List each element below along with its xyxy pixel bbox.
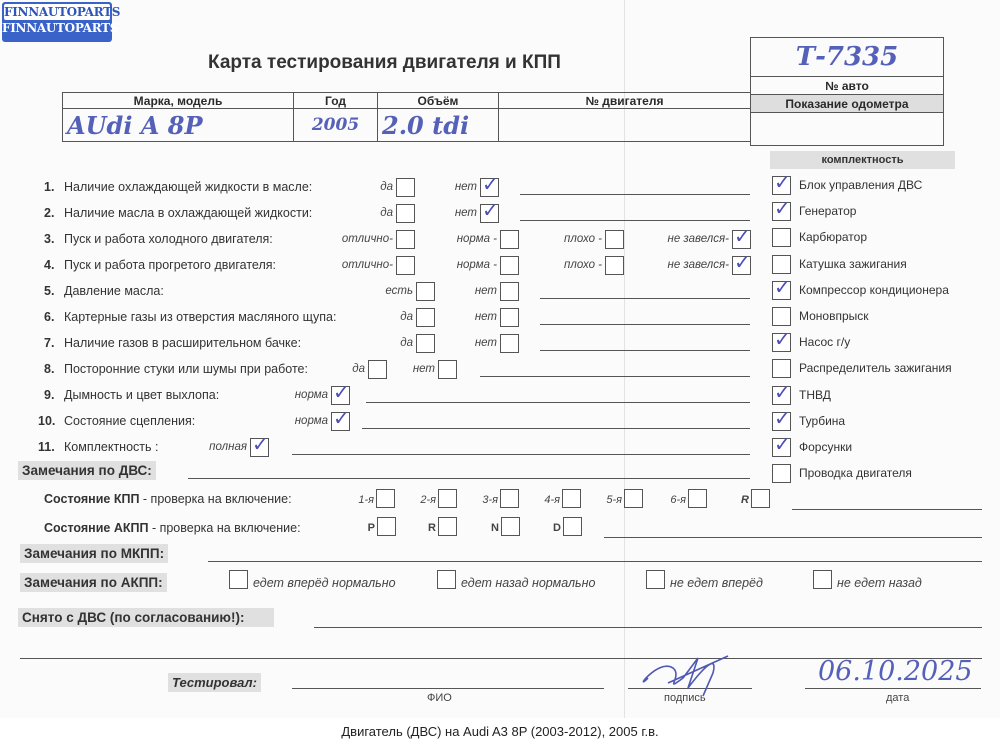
- check-option-label: норма: [221, 389, 328, 401]
- akpp-remark-checkbox[interactable]: [437, 570, 456, 589]
- gear-checkbox[interactable]: [376, 489, 395, 508]
- check-number: 10.: [38, 414, 55, 428]
- akpp-remark-label: не едет вперёд: [670, 576, 763, 590]
- gear-label: 3-я: [458, 494, 498, 506]
- completeness-item-label: Проводка двигателя: [799, 466, 912, 480]
- check-option-box[interactable]: ✓: [250, 438, 269, 457]
- fio-line[interactable]: [292, 688, 604, 689]
- check-label: Давление масла:: [64, 284, 164, 298]
- car-number-label: № авто: [751, 77, 944, 95]
- completeness-checkbox[interactable]: ✓: [772, 333, 791, 352]
- gear-label: 6-я: [646, 494, 686, 506]
- mode-checkbox[interactable]: [438, 517, 457, 536]
- check-label: Наличие газов в расширительном бачке:: [64, 336, 301, 350]
- gear-checkbox[interactable]: [688, 489, 707, 508]
- check-number: 3.: [44, 232, 54, 246]
- vehicle-info-table: Марка, модель Год Объём № двигателя AUdi…: [62, 92, 751, 142]
- check-option-box[interactable]: [500, 308, 519, 327]
- gear-checkbox[interactable]: [751, 489, 770, 508]
- page-title: Карта тестирования двигателя и КПП: [208, 52, 561, 74]
- removed-line[interactable]: [314, 627, 982, 628]
- check-label: Пуск и работа прогретого двигателя:: [64, 258, 276, 272]
- akpp-remark-checkbox[interactable]: [646, 570, 665, 589]
- check-notes-line[interactable]: [540, 298, 750, 299]
- date-value: 06.10.2025: [818, 656, 973, 687]
- completeness-item-label: Катушка зажигания: [799, 257, 907, 271]
- check-number: 5.: [44, 284, 54, 298]
- check-option-label: нет: [370, 207, 477, 219]
- check-option-label: плохо -: [495, 259, 602, 271]
- check-mark-icon: ✓: [252, 433, 269, 455]
- gear-label: R: [709, 494, 749, 506]
- gear-checkbox[interactable]: [562, 489, 581, 508]
- completeness-item-label: Блок управления ДВС: [799, 178, 922, 192]
- akpp-remark-label: едет назад нормально: [461, 576, 595, 590]
- check-number: 8.: [44, 362, 54, 376]
- car-number-value: Т-7335: [751, 38, 944, 77]
- check-option-label: плохо -: [495, 233, 602, 245]
- year-value: 2005: [294, 109, 378, 142]
- remarks-akpp-label: Замечания по АКПП:: [20, 573, 167, 592]
- check-option-box[interactable]: [500, 334, 519, 353]
- completeness-item-label: Форсунки: [799, 440, 852, 454]
- gear-checkbox[interactable]: [624, 489, 643, 508]
- make-model-value: AUdi A 8P: [63, 109, 294, 142]
- check-option-label: полная: [140, 441, 247, 453]
- odometer-label: Показание одометра: [751, 95, 944, 113]
- check-option-box[interactable]: ✓: [331, 386, 350, 405]
- completeness-item-label: ТНВД: [799, 388, 831, 402]
- remarks-engine-label: Замечания по ДВС:: [18, 461, 156, 480]
- check-option-box[interactable]: ✓: [732, 230, 751, 249]
- volume-value: 2.0 tdi: [378, 109, 499, 142]
- check-option-box[interactable]: ✓: [480, 204, 499, 223]
- check-option-label: нет: [328, 363, 435, 375]
- check-option-label: нет: [390, 285, 497, 297]
- car-number-box: Т-7335 № авто Показание одометра: [750, 37, 944, 146]
- kpp-label-bold: Состояние КПП: [44, 492, 139, 506]
- check-label: Пуск и работа холодного двигателя:: [64, 232, 273, 246]
- check-mark-icon: ✓: [774, 407, 791, 429]
- akpp-remark-label: не едет назад: [837, 576, 922, 590]
- gear-label: 5-я: [582, 494, 622, 506]
- check-option-label: отлично-: [286, 259, 393, 271]
- check-option-box[interactable]: [500, 282, 519, 301]
- check-option-label: нет: [390, 311, 497, 323]
- check-option-label: нет: [370, 181, 477, 193]
- check-number: 11.: [38, 440, 55, 454]
- akpp-remark-checkbox[interactable]: [813, 570, 832, 589]
- check-label: Картерные газы из отверстия масляного щу…: [64, 310, 336, 324]
- mode-label: N: [459, 522, 499, 534]
- check-mark-icon: ✓: [734, 225, 751, 247]
- check-option-label: норма -: [390, 233, 497, 245]
- image-caption: Двигатель (ДВС) на Audi A3 8P (2003-2012…: [0, 724, 1000, 739]
- check-mark-icon: ✓: [333, 381, 350, 403]
- check-option-label: отлично-: [286, 233, 393, 245]
- check-mark-icon: ✓: [774, 381, 791, 403]
- logo-line-1: FINNAUTOPARTS: [4, 4, 110, 20]
- check-notes-line[interactable]: [520, 220, 750, 221]
- kpp-notes-line[interactable]: [792, 509, 982, 510]
- odometer-value: [751, 113, 944, 146]
- completeness-item-label: Моновпрыск: [799, 309, 869, 323]
- date-line[interactable]: [805, 688, 981, 689]
- check-mark-icon: ✓: [482, 173, 499, 195]
- fio-label: ФИО: [427, 692, 452, 704]
- check-option-box[interactable]: ✓: [480, 178, 499, 197]
- check-label: Наличие охлаждающей жидкости в масле:: [64, 180, 312, 194]
- mode-checkbox[interactable]: [563, 517, 582, 536]
- check-option-label: норма: [221, 415, 328, 427]
- check-label: Дымность и цвет выхлопа:: [64, 388, 219, 402]
- gear-label: 1-я: [334, 494, 374, 506]
- check-number: 2.: [44, 206, 54, 220]
- check-mark-icon: ✓: [774, 171, 791, 193]
- completeness-checkbox[interactable]: ✓: [772, 281, 791, 300]
- gear-checkbox[interactable]: [438, 489, 457, 508]
- check-option-label: нет: [390, 337, 497, 349]
- check-option-box[interactable]: ✓: [732, 256, 751, 275]
- logo: FINNAUTOPARTS FINNAUTOPARTS: [2, 2, 112, 42]
- check-mark-icon: ✓: [774, 197, 791, 219]
- completeness-item-label: Турбина: [799, 414, 845, 428]
- completeness-item-label: Распределитель зажигания: [799, 361, 952, 375]
- completeness-checkbox[interactable]: ✓: [772, 176, 791, 195]
- check-mark-icon: ✓: [482, 199, 499, 221]
- check-option-label: норма -: [390, 259, 497, 271]
- gear-checkbox[interactable]: [500, 489, 519, 508]
- completeness-checkbox[interactable]: [772, 255, 791, 274]
- mode-checkbox[interactable]: [501, 517, 520, 536]
- gear-label: 2-я: [396, 494, 436, 506]
- check-number: 6.: [44, 310, 54, 324]
- col-year: Год: [294, 93, 378, 109]
- check-notes-line[interactable]: [540, 324, 750, 325]
- akpp-label-rest: - проверка на включение:: [148, 521, 300, 535]
- completeness-checkbox[interactable]: ✓: [772, 438, 791, 457]
- completeness-item-label: Генератор: [799, 204, 856, 218]
- completeness-item-label: Карбюратор: [799, 230, 867, 244]
- check-number: 1.: [44, 180, 54, 194]
- kpp-label-rest: - проверка на включение:: [139, 492, 291, 506]
- completeness-checkbox[interactable]: ✓: [772, 412, 791, 431]
- akpp-label: Состояние АКПП - проверка на включение:: [44, 521, 301, 535]
- mode-checkbox[interactable]: [377, 517, 396, 536]
- check-number: 9.: [44, 388, 54, 402]
- check-number: 7.: [44, 336, 54, 350]
- completeness-checkbox[interactable]: ✓: [772, 386, 791, 405]
- col-volume: Объём: [378, 93, 499, 109]
- completeness-checkbox[interactable]: ✓: [772, 202, 791, 221]
- check-notes-line[interactable]: [366, 402, 750, 403]
- check-option-box[interactable]: ✓: [331, 412, 350, 431]
- check-mark-icon: ✓: [774, 328, 791, 350]
- check-option-label: не завелся-: [622, 259, 729, 271]
- kpp-label: Состояние КПП - проверка на включение:: [44, 492, 292, 506]
- check-mark-icon: ✓: [774, 433, 791, 455]
- completeness-checkbox[interactable]: [772, 307, 791, 326]
- remarks-mkpp-line[interactable]: [208, 561, 982, 562]
- check-notes-line[interactable]: [520, 194, 750, 195]
- mode-label: D: [521, 522, 561, 534]
- akpp-notes-line[interactable]: [604, 537, 982, 538]
- remarks-engine-line[interactable]: [188, 478, 750, 479]
- mode-label: P: [335, 522, 375, 534]
- check-mark-icon: ✓: [734, 251, 751, 273]
- completeness-checkbox[interactable]: [772, 464, 791, 483]
- engine-number-value: [499, 109, 751, 142]
- check-label: Наличие масла в охлаждающей жидкости:: [64, 206, 312, 220]
- completeness-checkbox[interactable]: [772, 359, 791, 378]
- gear-label: 4-я: [520, 494, 560, 506]
- mode-label: R: [396, 522, 436, 534]
- check-mark-icon: ✓: [333, 407, 350, 429]
- logo-line-2: FINNAUTOPARTS: [2, 20, 112, 36]
- tested-by-label: Тестировал:: [168, 673, 261, 692]
- remarks-mkpp-label: Замечания по МКПП:: [20, 544, 168, 563]
- col-engine-number: № двигателя: [499, 93, 751, 109]
- check-notes-line[interactable]: [480, 376, 750, 377]
- check-option-box[interactable]: [438, 360, 457, 379]
- akpp-label-bold: Состояние АКПП: [44, 521, 148, 535]
- check-notes-line[interactable]: [540, 350, 750, 351]
- check-notes-line[interactable]: [362, 428, 750, 429]
- check-number: 4.: [44, 258, 54, 272]
- check-mark-icon: ✓: [774, 276, 791, 298]
- removed-label: Снято с ДВС (по согласованию!):: [18, 608, 274, 627]
- completeness-title: комплектность: [770, 151, 955, 169]
- signature-scribble: [628, 648, 738, 698]
- completeness-checkbox[interactable]: [772, 228, 791, 247]
- check-label: Состояние сцепления:: [64, 414, 195, 428]
- akpp-remark-label: едет вперёд нормально: [253, 576, 396, 590]
- date-label: дата: [886, 692, 909, 704]
- check-option-label: не завелся-: [622, 233, 729, 245]
- akpp-remark-checkbox[interactable]: [229, 570, 248, 589]
- completeness-item-label: Компрессор кондиционера: [799, 283, 949, 297]
- check-notes-line[interactable]: [292, 454, 750, 455]
- completeness-item-label: Насос г/у: [799, 335, 850, 349]
- col-make-model: Марка, модель: [63, 93, 294, 109]
